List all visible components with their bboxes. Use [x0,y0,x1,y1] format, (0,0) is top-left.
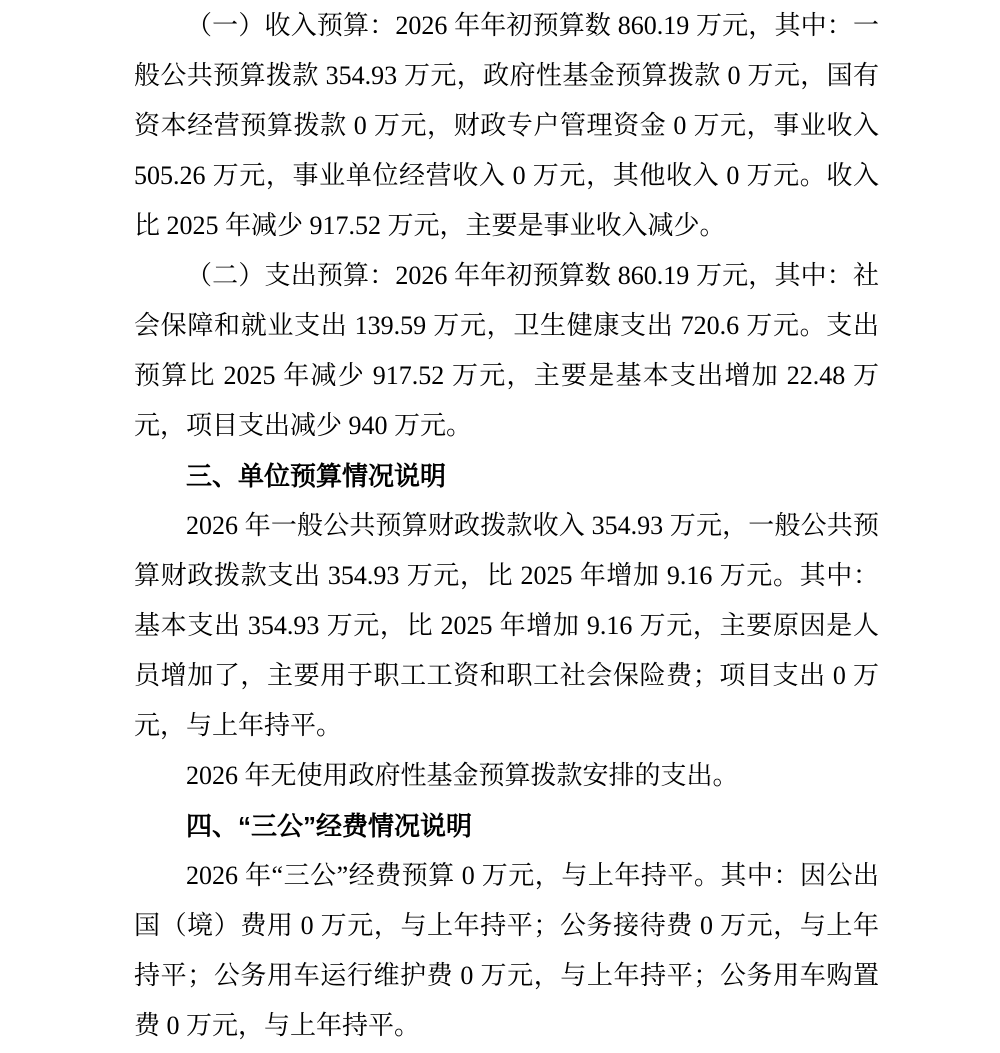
paragraph-government-fund-statement: 2026 年无使用政府性基金预算拨款安排的支出。 [134,751,879,801]
document-content: （一）收入预算：2026 年年初预算数 860.19 万元，其中：一般公共预算拨… [134,1,879,1051]
section-heading-unit-budget: 三、单位预算情况说明 [134,451,879,501]
paragraph-general-public-budget-detail: 2026 年一般公共预算财政拨款收入 354.93 万元，一般公共预算财政拨款支… [134,501,879,751]
paragraph-expenditure-budget-label: （二）支出预算： [186,261,395,290]
paragraph-expenditure-budget: （二）支出预算：2026 年年初预算数 860.19 万元，其中：社会保障和就业… [134,251,879,451]
paragraph-three-public-expenses-detail: 2026 年“三公”经费预算 0 万元，与上年持平。其中：因公出国（境）费用 0… [134,851,879,1051]
section-heading-three-public-expenses: 四、“三公”经费情况说明 [134,801,879,851]
paragraph-income-budget-text: 2026 年年初预算数 860.19 万元，其中：一般公共预算拨款 354.93… [134,11,879,240]
paragraph-income-budget: （一）收入预算：2026 年年初预算数 860.19 万元，其中：一般公共预算拨… [134,1,879,251]
document-page: （一）收入预算：2026 年年初预算数 860.19 万元，其中：一般公共预算拨… [0,0,1000,1053]
paragraph-income-budget-label: （一）收入预算： [186,11,395,40]
